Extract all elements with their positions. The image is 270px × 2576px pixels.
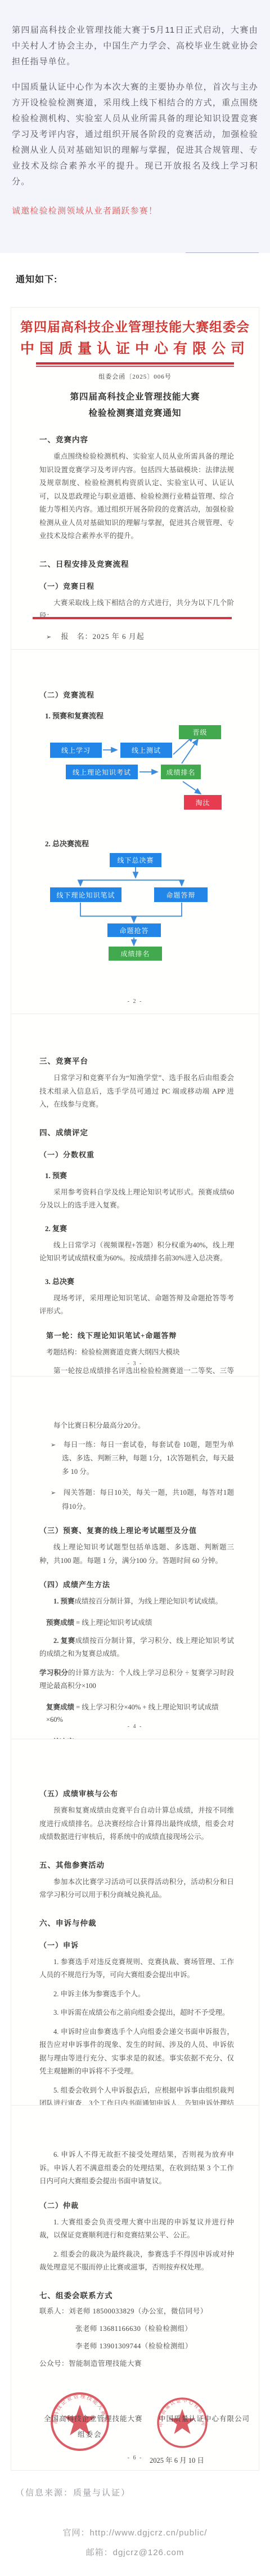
flow-node-final-rank: 成绩排名 — [109, 947, 162, 961]
exam-format-paragraph: 线上理论知识考试题型包括单选题、多选题、判断题三种，共100 题。每题 1 分，… — [39, 1541, 234, 1567]
semifinal-formula: 复赛成绩 = 线上学习积分×40% + 线上理论知识考试成绩×60% — [46, 1701, 234, 1726]
page-number-3: - 3 - — [11, 1361, 259, 1367]
signature-left-org-2: 组委会 — [78, 2429, 102, 2439]
semifinal-paragraph: 线上日常学习（视频课程+答题）积分权重为40%，线上理论知识考试成绩权重为60%… — [39, 1239, 234, 1265]
schedule-item: ➢ 报 名：2025 年 6 月起 — [46, 630, 234, 641]
hero-summary: 第四届高科技企业管理技能大赛于5月11日正式启动，大赛由中关村人才协会主办，中国… — [0, 0, 270, 253]
hero-paragraph-1: 第四届高科技企业管理技能大赛于5月11日正式启动，大赛由中关村人才协会主办，中国… — [12, 23, 258, 70]
preliminary-formula-lead: 预赛成绩 — [46, 1619, 74, 1627]
scan-page-3: 三、竞赛平台 日常学习和竞赛平台为“知渔学堂”、选手报名后由组委会技术组录入信息… — [11, 1014, 259, 1376]
flowchart-final: 线下总决赛 线下理论知识笔试 命题答辩 命题抢答 成绩排名 — [11, 849, 259, 970]
notice-row: 通知如下: — [0, 253, 270, 307]
section-2-sub-1: （一）竞赛日程 — [39, 580, 234, 591]
method-1-rest: 成绩按百分制计算，为线上理论知识考试成绩。 — [75, 1597, 223, 1605]
preliminary-formula: 预赛成绩 = 线上理论知识考试成绩 — [46, 1616, 234, 1629]
method-2-lead: 2. 复赛 — [53, 1637, 75, 1645]
section-6-heading: 六、申诉与仲裁 — [39, 1917, 234, 1928]
contact-line-4: 公众号：智能制造管理技能大赛 — [39, 2357, 234, 2370]
study-score-calc-rest: 的计算方法为：个人线上学习总积分 ÷ 复赛学习时段理论最高积分×100 — [39, 1669, 234, 1690]
round-1-structure: 考题结构：检验检测赛道竞赛大纲四大模块 — [46, 1346, 234, 1360]
article-page: 第四届高科技企业管理技能大赛于5月11日正式启动，大赛由中关村人才协会主办，中国… — [0, 0, 270, 2576]
arrow-bullet-icon: ➢ — [51, 1442, 56, 1449]
section-2-heading: 二、日程安排及竞赛流程 — [39, 558, 234, 569]
page-number-4: - 4 - — [11, 1724, 259, 1730]
header-red-rule-thick — [36, 362, 234, 365]
flowchart-preliminary: 晋级 线上学习 线上测试 线上理论知识考试 成绩排名 淘汰 — [11, 721, 259, 828]
scan-page-4: 每个比赛日积分最高分20分。 ➢ 每日一练：每日一套试卷，每套试卷 10题，题型… — [11, 1376, 259, 1739]
doc-title-line-1: 第四届高科技企业管理技能大赛 — [28, 390, 242, 402]
appeal-item-4: 4. 申诉时应由参赛选手个人向组委会递交书面申诉报告，报告应对申诉事件的现象、发… — [39, 2026, 234, 2078]
appeal-item-3: 3. 申诉需在成绩公布之前向组委会提出，超时不予受理。 — [39, 2006, 234, 2020]
flow-node-rank: 成绩排名 — [161, 765, 201, 779]
page-number-2: - 2 - — [11, 998, 259, 1005]
method-2-paragraph: 2. 复赛成绩按百分制计算，学习积分、线上理论知识考试的成绩之和为复赛总成绩。 — [39, 1635, 234, 1661]
flow-node-online-test: 线上测试 — [120, 743, 172, 758]
flow-node-written-test: 线下理论知识笔试 — [50, 887, 121, 902]
flow-node-defense: 命题答辩 — [154, 887, 208, 902]
flowchart-1-heading: 1. 预赛和复赛流程 — [45, 710, 234, 721]
section-5-paragraph: 参加本次比赛学习活动可以获得活动积分，活动积分和日常学习积分可以用于积分商城兑换… — [39, 1876, 234, 1902]
round-1-heading: 第一轮：线下理论知识笔试+命题答辩 — [46, 1330, 234, 1340]
scan-page-2: （二）竞赛流程 1. 预赛和复赛流程 晋级 线上学习 线上测试 — [11, 650, 259, 1014]
section-4-sub-1: （一）分数权重 — [39, 1149, 234, 1160]
section-1-heading: 一、竞赛内容 — [39, 433, 234, 445]
flow-node-online-study: 线上学习 — [50, 743, 102, 758]
signature-right-org: 中国质量认证中心有限公司 — [159, 2413, 250, 2423]
arrow-bullet-icon: ➢ — [46, 634, 52, 641]
scan-page-5: （五）成绩审核与公布 预赛和复赛成绩由竞赛平台自动计算总成绩，并按不同维度进行成… — [11, 1739, 259, 2106]
email-line: 邮箱：dgjcrz@126.com — [0, 2546, 270, 2558]
red-divider — [33, 617, 232, 619]
appeal-item-1: 1. 参赛选手对违反竞赛规则、竞赛执裁、赛场管理、工作人员的不规范行为等，可向大… — [39, 1956, 234, 1982]
contact-line-3: 李老师 13901309744（检验检测组） — [75, 2340, 234, 2353]
daily-rule-bullet-2: ➢ 闯关答题：每日10关，每关一题，共10题，每答对1题得10分。 — [51, 1486, 234, 1513]
score-publish-paragraph: 预赛和复赛成绩由竞赛平台自动计算总成绩，并按不同维度进行成绩排名。总决赛经综合计… — [39, 1804, 234, 1844]
official-site-line: 官网：http://www.dgjcrz.cn/public/ — [0, 2526, 270, 2538]
page-number-6: - 6 - — [11, 2455, 259, 2461]
doc-org-line-2: 中国质量认证中心有限公司 — [17, 337, 253, 358]
daily-rule-bullet-1-text: 每日一练：每日一套试卷，每套试卷 10题，题型为单选、多选、判断三种，每题 1分… — [62, 1441, 234, 1476]
flow-node-promote: 晋级 — [179, 725, 221, 739]
flow-node-rush-answer: 命题抢答 — [107, 923, 161, 937]
section-7-heading: 七、组委会联系方式 — [39, 2289, 234, 2300]
flow-node-eliminate: 淘汰 — [184, 795, 222, 810]
arbitration-item-1: 1. 大赛组委会负责受理大赛中出现的申诉复议并进行仲裁，以保证竞赛顺利进行和竞赛… — [39, 2216, 234, 2242]
method-1-lead: 1. 预赛 — [53, 1597, 75, 1605]
final-heading: 3. 总决赛 — [45, 1276, 234, 1286]
section-3-heading: 三、竞赛平台 — [39, 1055, 234, 1066]
daily-rule-bullet-1: ➢ 每日一练：每日一套试卷，每套试卷 10题，题型为单选、多选、判断三种，每题 … — [51, 1438, 234, 1479]
method-1-paragraph: 1. 预赛成绩按百分制计算，为线上理论知识考试成绩。 — [39, 1595, 234, 1609]
doc-org-line-1: 第四届高科技企业管理技能大赛组委会 — [17, 317, 253, 335]
scan-page-1: 第四届高科技企业管理技能大赛组委会 中国质量认证中心有限公司 组委会函〔2025… — [11, 307, 259, 650]
daily-rule-bullet-2-text: 闯关答题：每日10关，每关一题，共10题，每答对1题得10分。 — [62, 1489, 234, 1511]
section-1-paragraph: 重点围绕检验检测机构、实验室人员从业所需具备的理论知识设置竞赛学习及考评内容。包… — [39, 450, 234, 543]
appeal-item-2: 2. 申诉主体为参赛选手个人。 — [39, 1988, 234, 2001]
section-2-sub-2: （二）竞赛流程 — [39, 689, 234, 700]
section-5-heading: 五、其他参赛活动 — [39, 1859, 234, 1870]
final-paragraph: 现场考评，采用理论知识笔试、命题答辩及命题抢答等考评形式。 — [39, 1292, 234, 1318]
section-3-paragraph: 日常学习和竞赛平台为“知渔学堂”、选手报名后由组委会技术组录入信息后，选手学员可… — [39, 1072, 234, 1112]
arrow-bullet-icon: ➢ — [51, 1490, 56, 1496]
contact-line-2: 张老师 13681166630（检验检测组） — [75, 2322, 234, 2335]
preliminary-paragraph: 采用参考资料自学及线上理论知识考试形式。预赛成绩60分及以上的选手进入复赛。 — [39, 1186, 234, 1213]
page-number-5: - 5 - — [11, 2090, 259, 2096]
signature-date: 2025 年 6 月 10 日 — [150, 2455, 204, 2465]
arbitration-item-2: 2. 组委会的裁决为最终裁决，参赛选手不得因申诉或对仲裁处理意见不服而停止比赛或… — [39, 2248, 234, 2275]
hero-paragraph-2: 中国质量认证中心作为本次大赛的主要协办单位，首次与主办方开设检验检测赛道，采用线… — [12, 79, 258, 190]
section-4-sub-3: （三）预赛、复赛的线上理论考试题型及分值 — [39, 1525, 234, 1535]
section-4-sub-5: （五）成绩审核与公布 — [39, 1788, 234, 1798]
doc-title-line-2: 检验检测赛道竞赛通知 — [28, 406, 242, 419]
semifinal-formula-lead: 复赛成绩 — [46, 1703, 74, 1711]
appeal-item-6: 6. 申诉人不得无故拒不接受处理结果，否则视为放弃申诉。申诉人若不满意组委会的处… — [39, 2148, 234, 2188]
article-footer: （信息来源：质量与认证） 官网：http://www.dgjcrz.cn/pub… — [0, 2471, 270, 2576]
study-score-calc: 学习积分的计算方法为：个人线上学习总积分 ÷ 复赛学习时段理论最高积分×100 — [39, 1667, 234, 1693]
preliminary-heading: 1. 预赛 — [45, 1170, 234, 1180]
preliminary-formula-rest: = 线上理论知识考试成绩 — [74, 1619, 152, 1627]
hero-bottom-edge — [186, 252, 259, 253]
semifinal-heading: 2. 复赛 — [45, 1223, 234, 1233]
footer-links: 官网：http://www.dgjcrz.cn/public/ 邮箱：dgjcr… — [0, 2526, 270, 2558]
section-4-sub-4: （四）成绩产生方法 — [39, 1579, 234, 1589]
appeal-heading: （一）申诉 — [39, 1939, 234, 1950]
source-note: （信息来源：质量与认证） — [16, 2486, 270, 2498]
doc-ref-number: 组委会函〔2025〕006号 — [11, 372, 259, 381]
arbitration-heading: （二）仲裁 — [39, 2200, 234, 2210]
section-4-heading: 四、成绩评定 — [39, 1126, 234, 1138]
scan-page-6: 6. 申诉人不得无故拒不接受处理结果，否则视为放弃申诉。申诉人若不满意组委会的处… — [11, 2106, 259, 2471]
schedule-item-text: 报 名：2025 年 6 月起 — [61, 632, 144, 641]
flowchart-2-heading: 2. 总决赛流程 — [45, 838, 234, 849]
study-score-calc-lead: 学习积分 — [39, 1669, 68, 1677]
contact-line-1: 联系人：刘老师 18500033829（办公室，微信同号） — [39, 2305, 234, 2318]
flow-node-theory-exam: 线上理论知识考试 — [66, 765, 138, 779]
notice-label: 通知如下: — [16, 275, 57, 285]
daily-rule-paragraph-2: 每个比赛日积分最高分20分。 — [39, 1419, 234, 1433]
header-red-rule-thin — [36, 366, 234, 367]
invite-text: 诚邀检验检测领域从业者踊跃参赛！ — [12, 203, 258, 219]
flow-node-offline-final: 线下总决赛 — [110, 853, 161, 867]
signature-left-org: 全国高科技企业管理技能大赛 — [44, 2413, 143, 2423]
